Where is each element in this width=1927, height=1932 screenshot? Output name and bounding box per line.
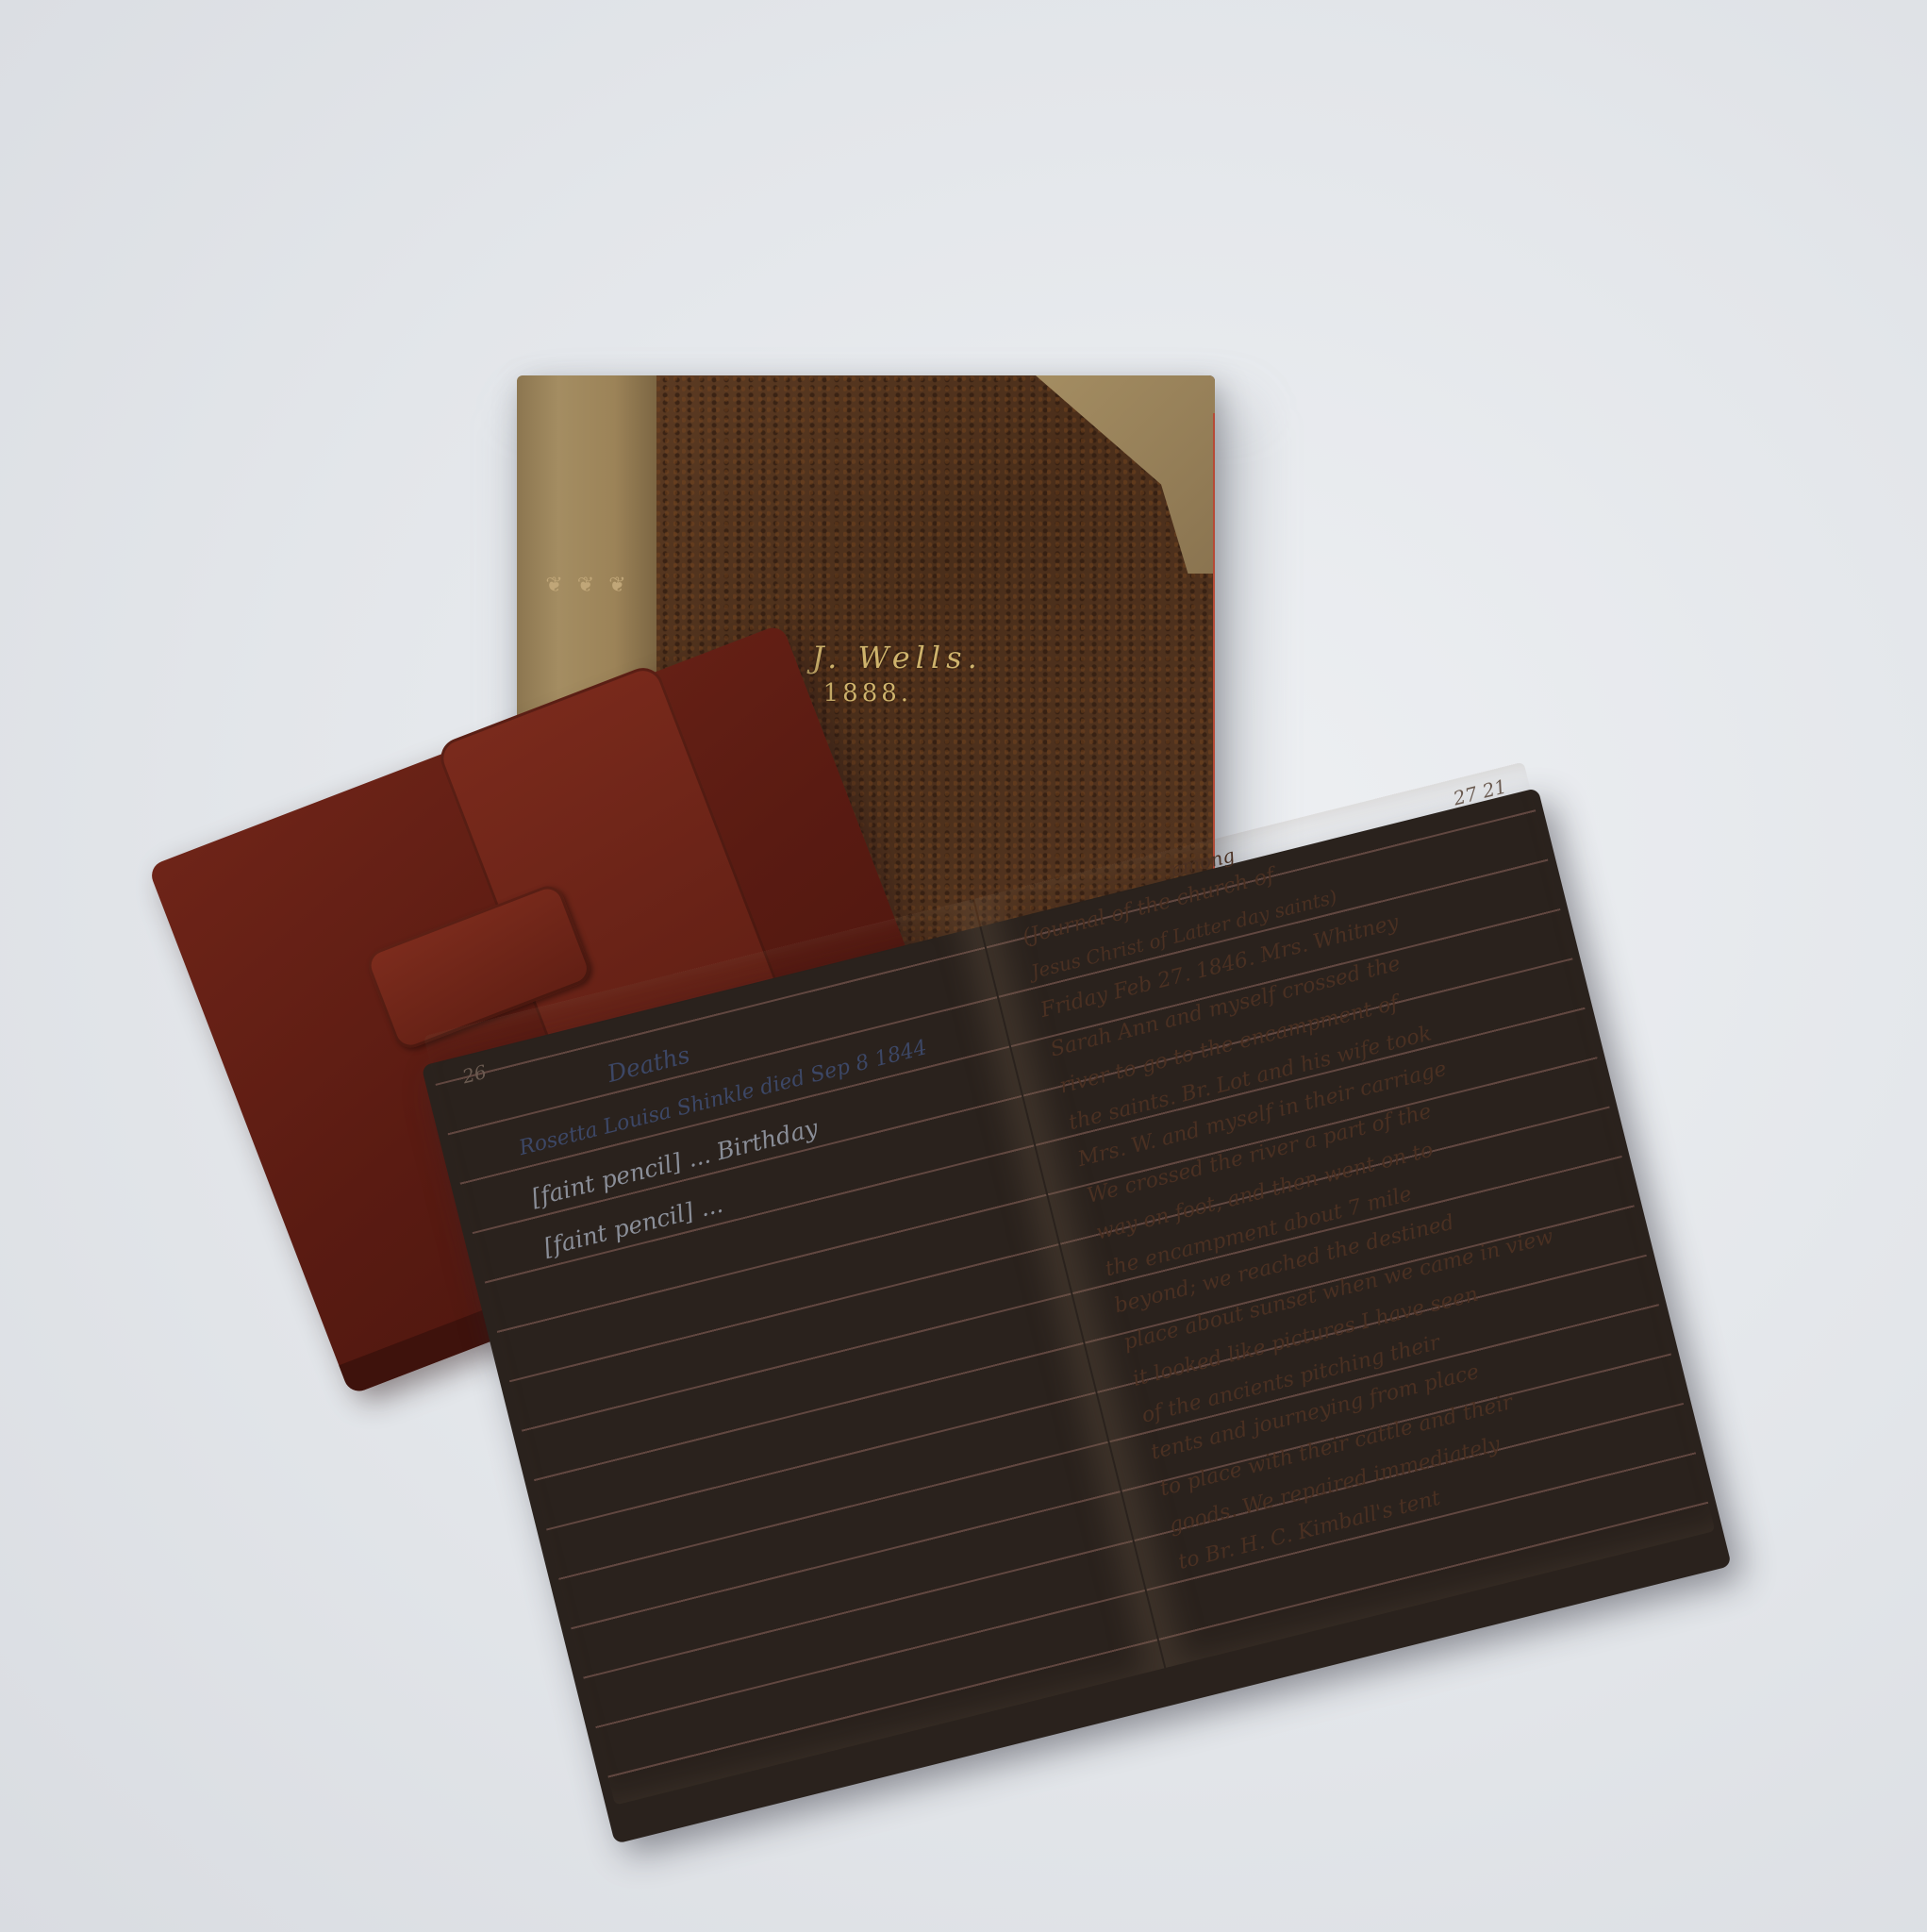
- spine-ornament: ❦ ❦ ❦: [536, 574, 640, 598]
- left-page-number: 26: [460, 1060, 490, 1088]
- photo-scene: ❦ ❦ ❦ ❦ ❦ ❦ ❦ ❦ ❦ G. J. Wells. 1888. 26 …: [0, 0, 1927, 1932]
